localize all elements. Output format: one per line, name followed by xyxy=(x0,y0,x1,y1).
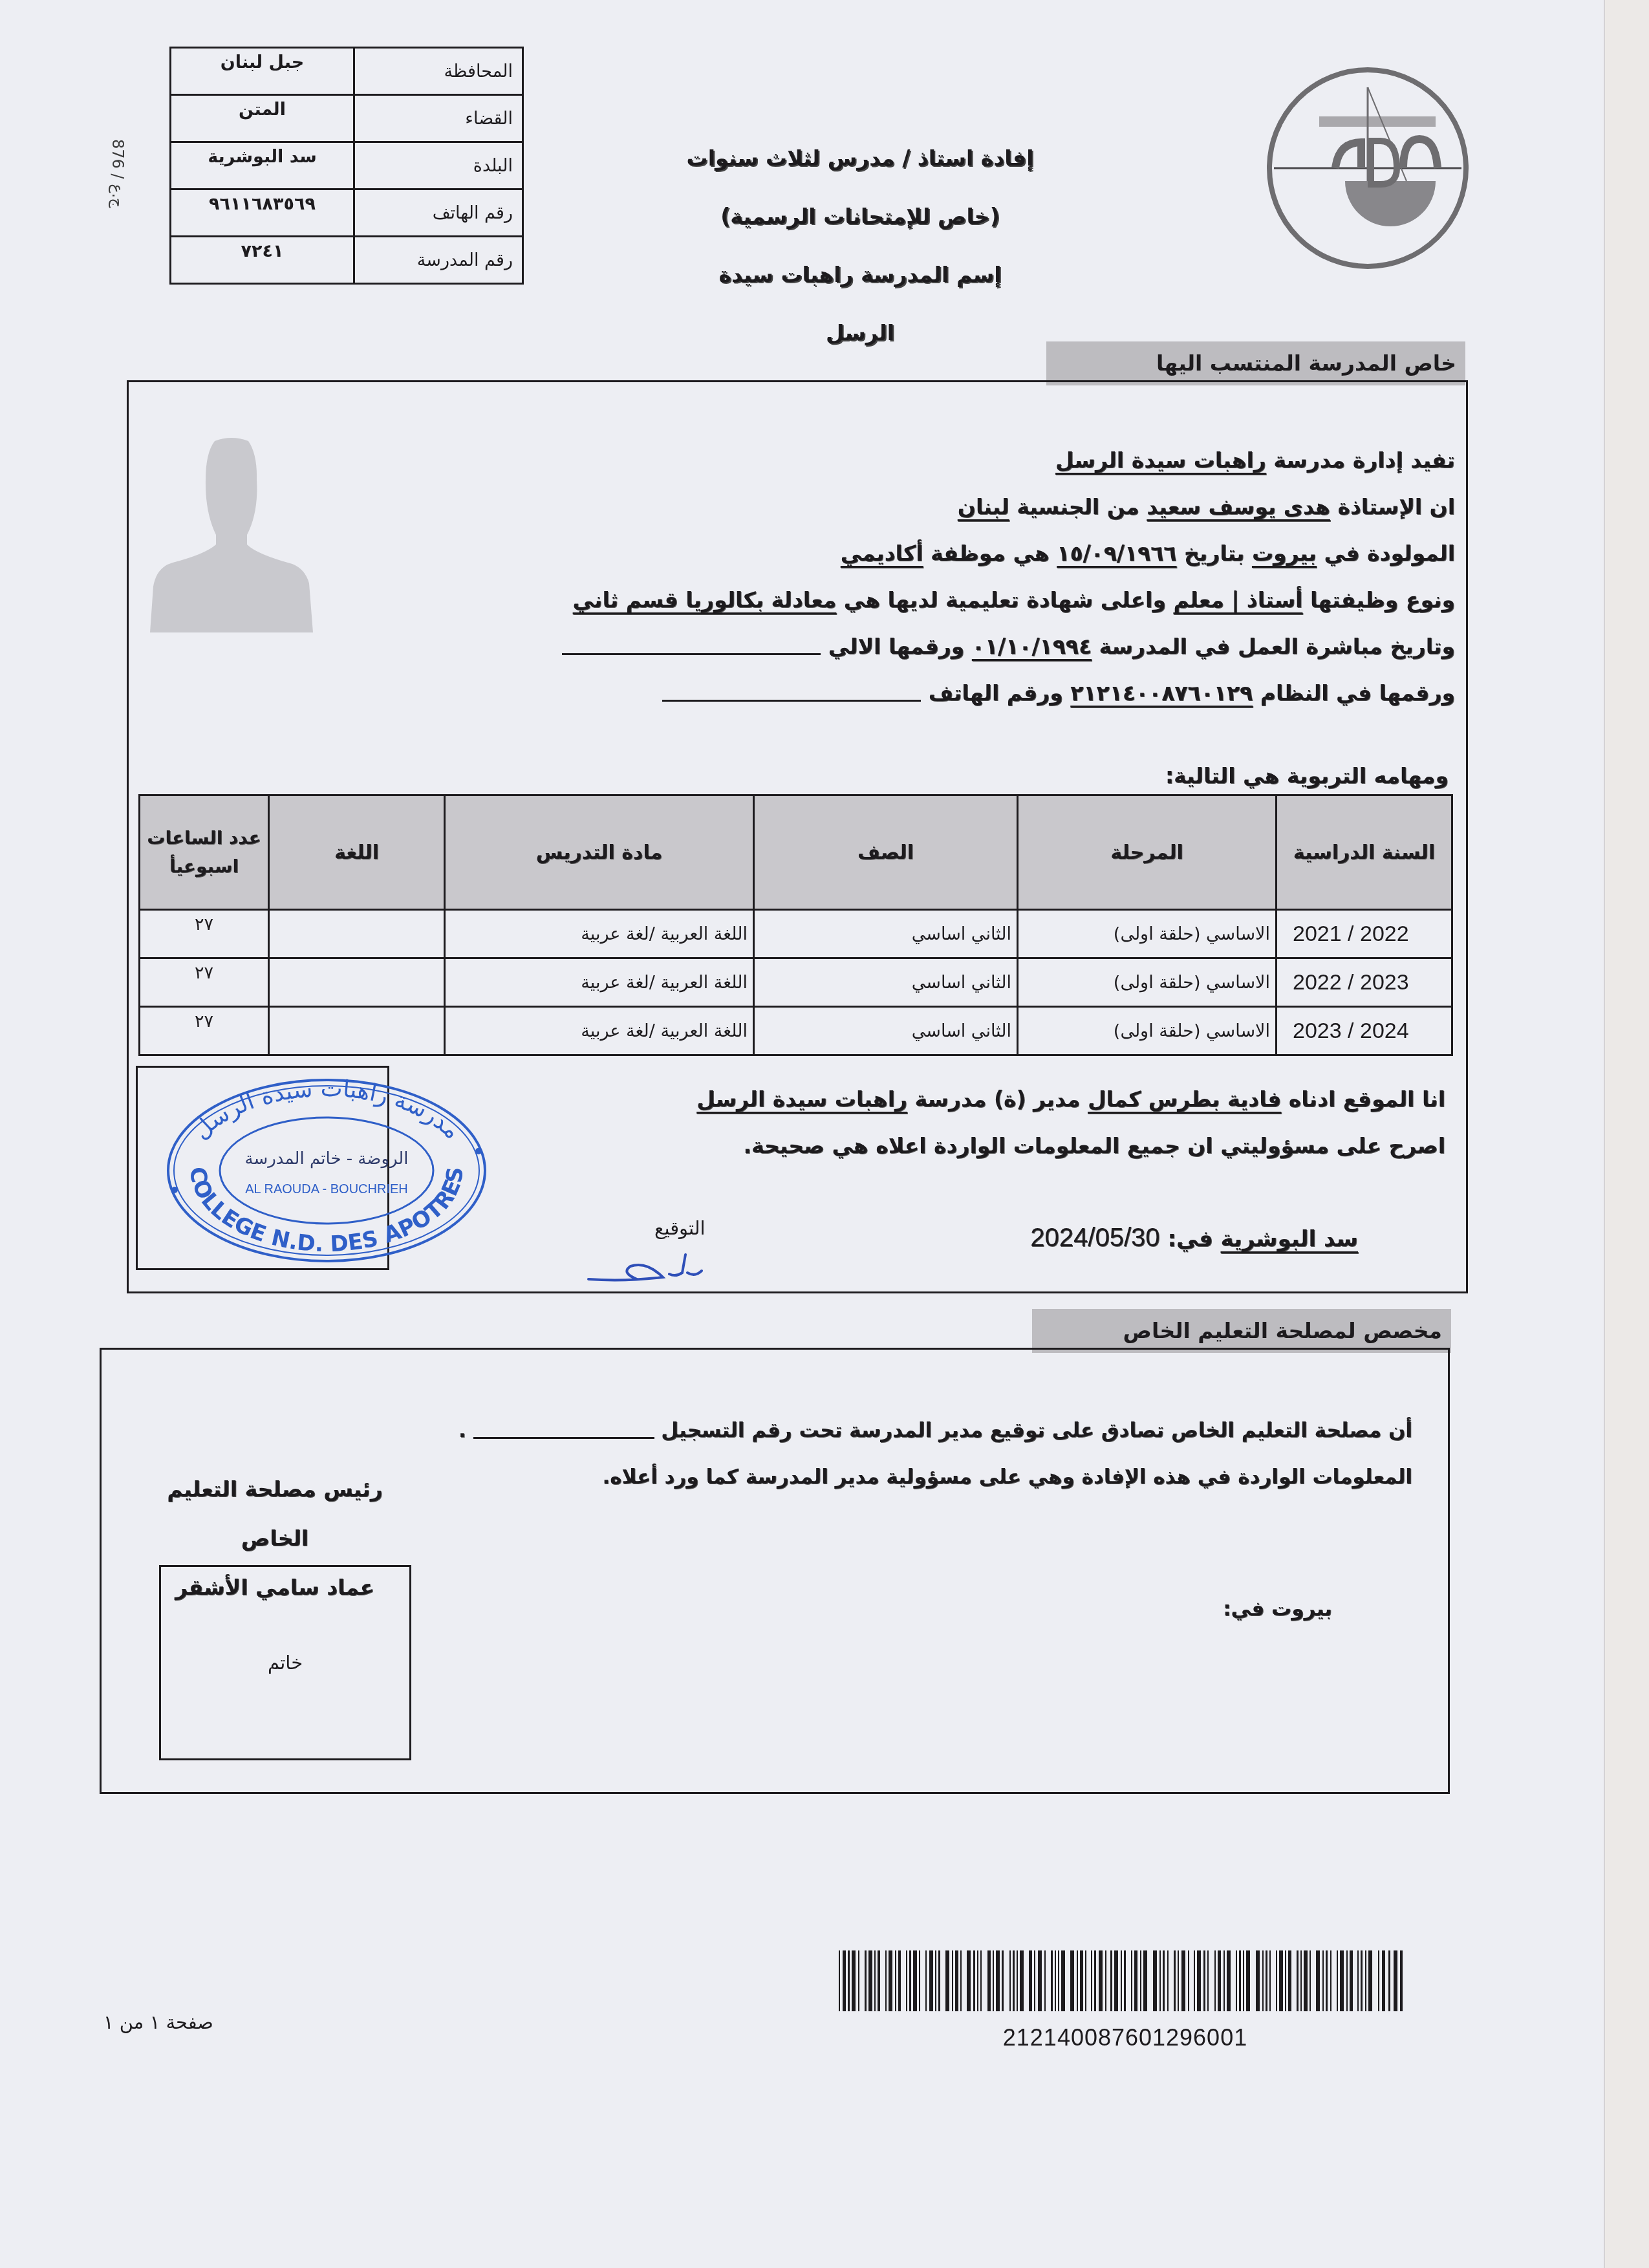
place-date-line: سد البوشرية في: 2024/05/30 xyxy=(1030,1215,1358,1262)
col-header-grade: الصف xyxy=(754,795,1018,910)
info-label: رقم الهاتف xyxy=(354,189,523,237)
title-line-1: إفادة استاذ / مدرس لثلاث سنوات xyxy=(685,129,1035,188)
cell-year: 2023 / 2024 xyxy=(1277,1007,1452,1055)
title-line-3: إسم المدرسة راهبات سيدة الرسل xyxy=(685,246,1035,362)
cell-language xyxy=(269,1007,445,1055)
col-header-hours: عدد الساعات اسبوعيأ xyxy=(140,795,269,910)
text-fragment: واعلى شهادة تعليمية لديها هي xyxy=(844,587,1166,612)
intro-line-4: ونوع وظيفتها أستاذ | معلم واعلى شهادة تع… xyxy=(573,577,1455,623)
declaration-line-1: انا الموقع ادناه فادية بطرس كمال مدير (ة… xyxy=(696,1076,1445,1123)
director-name-value: فادية بطرس كمال xyxy=(1088,1086,1281,1112)
info-value: ٩٦١١٦٨٣٥٦٩ xyxy=(171,189,354,237)
title-line-2: (خاص للإمتحانات الرسمية) xyxy=(685,188,1035,246)
ministry-line-2: المعلومات الواردة في هذه الإفادة وهي على… xyxy=(602,1454,1412,1500)
reference-number: 876 / ج.ع xyxy=(109,139,127,208)
cell-hours: ٢٧ xyxy=(140,910,269,958)
barcode-number: 21214008760129600​1 xyxy=(828,2024,1423,2051)
declaration-line-2: اصرح على مسؤوليتي ان جميع المعلومات الوا… xyxy=(744,1123,1446,1169)
cell-language xyxy=(269,958,445,1007)
text-fragment: ورقم الهاتف xyxy=(929,680,1063,706)
nationality-value: لبنان xyxy=(958,494,1009,519)
cell-language xyxy=(269,910,445,958)
cell-year: 2022 / 2023 xyxy=(1277,958,1452,1007)
svg-text:الروضة - خاتم المدرسة: الروضة - خاتم المدرسة xyxy=(245,1149,409,1169)
info-row: البلدة سد البوشرية xyxy=(171,142,523,189)
text-fragment: ورقمها في النظام xyxy=(1260,680,1455,706)
school-name-value: راهبات سيدة الرسل xyxy=(696,1086,907,1112)
svg-text:مدرسة راهبات سيدة الرسل: مدرسة راهبات سيدة الرسل xyxy=(188,1075,466,1145)
text-fragment: بتاريخ xyxy=(1184,541,1244,566)
text-fragment: في: xyxy=(1167,1226,1212,1252)
info-label: المحافظة xyxy=(354,48,523,95)
intro-line-3: المولودة في بيروت بتاريخ ١٥/٠٩/١٩٦٦ هي م… xyxy=(841,530,1455,577)
table-row: 2022 / 2023 الاساسي (حلقة اولى) الثاني ا… xyxy=(140,958,1452,1007)
place-value: سد البوشرية xyxy=(1221,1226,1359,1252)
cell-subject: اللغة العربية /لغة عربية xyxy=(445,1007,754,1055)
job-type-value: أستاذ | معلم xyxy=(1173,587,1302,612)
text-fragment: ونوع وظيفتها xyxy=(1310,587,1455,612)
text-fragment: من الجنسية xyxy=(1017,494,1139,519)
degree-value: معادلة بكالوريا قسم ثاني xyxy=(573,587,837,612)
info-row: المحافظة جبل لبنان xyxy=(171,48,523,95)
info-label: رقم المدرسة xyxy=(354,237,523,284)
text-fragment: تفيد إدارة مدرسة xyxy=(1273,448,1455,473)
info-label: القضاء xyxy=(354,95,523,142)
registration-number-blank[interactable] xyxy=(473,1424,654,1439)
seal-label: خاتم xyxy=(268,1652,303,1674)
info-value: سد البوشرية xyxy=(171,142,354,189)
svg-text:COLLEGE N.D. DES APOTRES: COLLEGE N.D. DES APOTRES xyxy=(184,1165,469,1257)
text-fragment: ان الإستاذة xyxy=(1337,494,1455,519)
cell-stage: الاساسي (حلقة اولى) xyxy=(1018,1007,1277,1055)
intro-line-6: ورقمها في النظام ٢١٢١٤٠٠٨٧٦٠١٢٩ ورقم اله… xyxy=(662,670,1455,717)
signature-icon[interactable] xyxy=(585,1242,705,1287)
text-fragment: أن مصلحة التعليم الخاص تصادق على توقيع م… xyxy=(661,1419,1412,1442)
intro-line-2: ان الإستاذة هدى يوسف سعيد من الجنسية لبن… xyxy=(958,484,1455,530)
info-row: رقم الهاتف ٩٦١١٦٨٣٥٦٩ xyxy=(171,189,523,237)
signature-label: التوقيع xyxy=(654,1217,706,1239)
col-header-subject: مادة التدريس xyxy=(445,795,754,910)
system-number-value: ٢١٢١٤٠٠٨٧٦٠١٢٩ xyxy=(1070,680,1253,706)
text-fragment: مدير (ة) مدرسة xyxy=(914,1086,1080,1112)
cell-grade: الثاني اساسي xyxy=(754,910,1018,958)
document-page: المحافظة جبل لبنان القضاء المتن البلدة س… xyxy=(0,0,1605,2268)
text-fragment: ورقمها الالي xyxy=(828,634,965,659)
school-name-value: راهبات سيدة الرسل xyxy=(1055,448,1266,473)
info-value: جبل لبنان xyxy=(171,48,354,95)
col-header-language: اللغة xyxy=(269,795,445,910)
text-fragment: انا الموقع ادناه xyxy=(1289,1086,1445,1112)
cell-stage: الاساسي (حلقة اولى) xyxy=(1018,910,1277,958)
date-value: 2024/05/30 xyxy=(1030,1224,1159,1252)
cell-year: 2021 / 2022 xyxy=(1277,910,1452,958)
info-row: رقم المدرسة ٧٢٤١ xyxy=(171,237,523,284)
intro-line-5: وتاريخ مباشرة العمل في المدرسة ٠١/١٠/١٩٩… xyxy=(562,623,1455,670)
section-header-school: خاص المدرسة المنتسب اليها xyxy=(1046,341,1465,385)
auto-number-blank[interactable] xyxy=(562,640,821,655)
intro-line-1: تفيد إدارة مدرسة راهبات سيدة الرسل xyxy=(1055,437,1455,484)
text-fragment: المولودة في xyxy=(1324,541,1456,566)
page-indicator: صفحة ١ من ١ xyxy=(103,2011,213,2033)
employee-type-value: أكاديمي xyxy=(841,541,923,566)
birth-date-value: ١٥/٠٩/١٩٦٦ xyxy=(1057,541,1176,566)
text-fragment: وتاريخ مباشرة العمل في المدرسة xyxy=(1099,634,1455,659)
document-title: إفادة استاذ / مدرس لثلاث سنوات (خاص للإم… xyxy=(685,129,1035,362)
school-stamp-icon: مدرسة راهبات سيدة الرسل COLLEGE N.D. DES… xyxy=(162,1074,491,1268)
cell-hours: ٢٧ xyxy=(140,958,269,1007)
barcode-icon xyxy=(839,1950,1404,2011)
text-fragment: هي موظفة xyxy=(931,541,1050,566)
info-row: القضاء المتن xyxy=(171,95,523,142)
school-info-table: المحافظة جبل لبنان القضاء المتن البلدة س… xyxy=(169,47,524,285)
table-row: 2023 / 2024 الاساسي (حلقة اولى) الثاني ا… xyxy=(140,1007,1452,1055)
svg-text:AL RAOUDA - BOUCHRIEH: AL RAOUDA - BOUCHRIEH xyxy=(245,1182,408,1196)
cell-subject: اللغة العربية /لغة عربية xyxy=(445,910,754,958)
school-logo-icon xyxy=(1264,65,1471,272)
phone-blank[interactable] xyxy=(662,687,921,702)
col-header-year: السنة الدراسية xyxy=(1277,795,1452,910)
chief-title: رئيس مصلحة التعليم الخاص xyxy=(133,1465,417,1563)
cell-grade: الثاني اساسي xyxy=(754,958,1018,1007)
ministry-line-1: أن مصلحة التعليم الخاص تصادق على توقيع م… xyxy=(458,1407,1412,1454)
cell-stage: الاساسي (حلقة اولى) xyxy=(1018,958,1277,1007)
table-row: 2021 / 2022 الاساسي (حلقة اولى) الثاني ا… xyxy=(140,910,1452,958)
info-value: ٧٢٤١ xyxy=(171,237,354,284)
cell-subject: اللغة العربية /لغة عربية xyxy=(445,958,754,1007)
cell-grade: الثاني اساسي xyxy=(754,1007,1018,1055)
birth-place-value: بيروت xyxy=(1252,541,1317,566)
duties-header-row: السنة الدراسية المرحلة الصف مادة التدريس… xyxy=(140,795,1452,910)
col-header-stage: المرحلة xyxy=(1018,795,1277,910)
info-label: البلدة xyxy=(354,142,523,189)
text-fragment: . xyxy=(458,1419,466,1442)
ministry-place-date: بيروت في: xyxy=(1223,1586,1332,1632)
info-value: المتن xyxy=(171,95,354,142)
photo-placeholder-icon xyxy=(144,428,319,632)
section-header-ministry: مخصص لمصلحة التعليم الخاص xyxy=(1032,1309,1451,1353)
start-date-value: ٠١/١٠/١٩٩٤ xyxy=(972,634,1092,659)
duties-heading: ومهامه التربوية هي التالية: xyxy=(1165,753,1449,799)
cell-hours: ٢٧ xyxy=(140,1007,269,1055)
teacher-name-value: هدى يوسف سعيد xyxy=(1147,494,1330,519)
duties-table: السنة الدراسية المرحلة الصف مادة التدريس… xyxy=(138,794,1453,1056)
seal-box: خاتم xyxy=(159,1565,411,1760)
